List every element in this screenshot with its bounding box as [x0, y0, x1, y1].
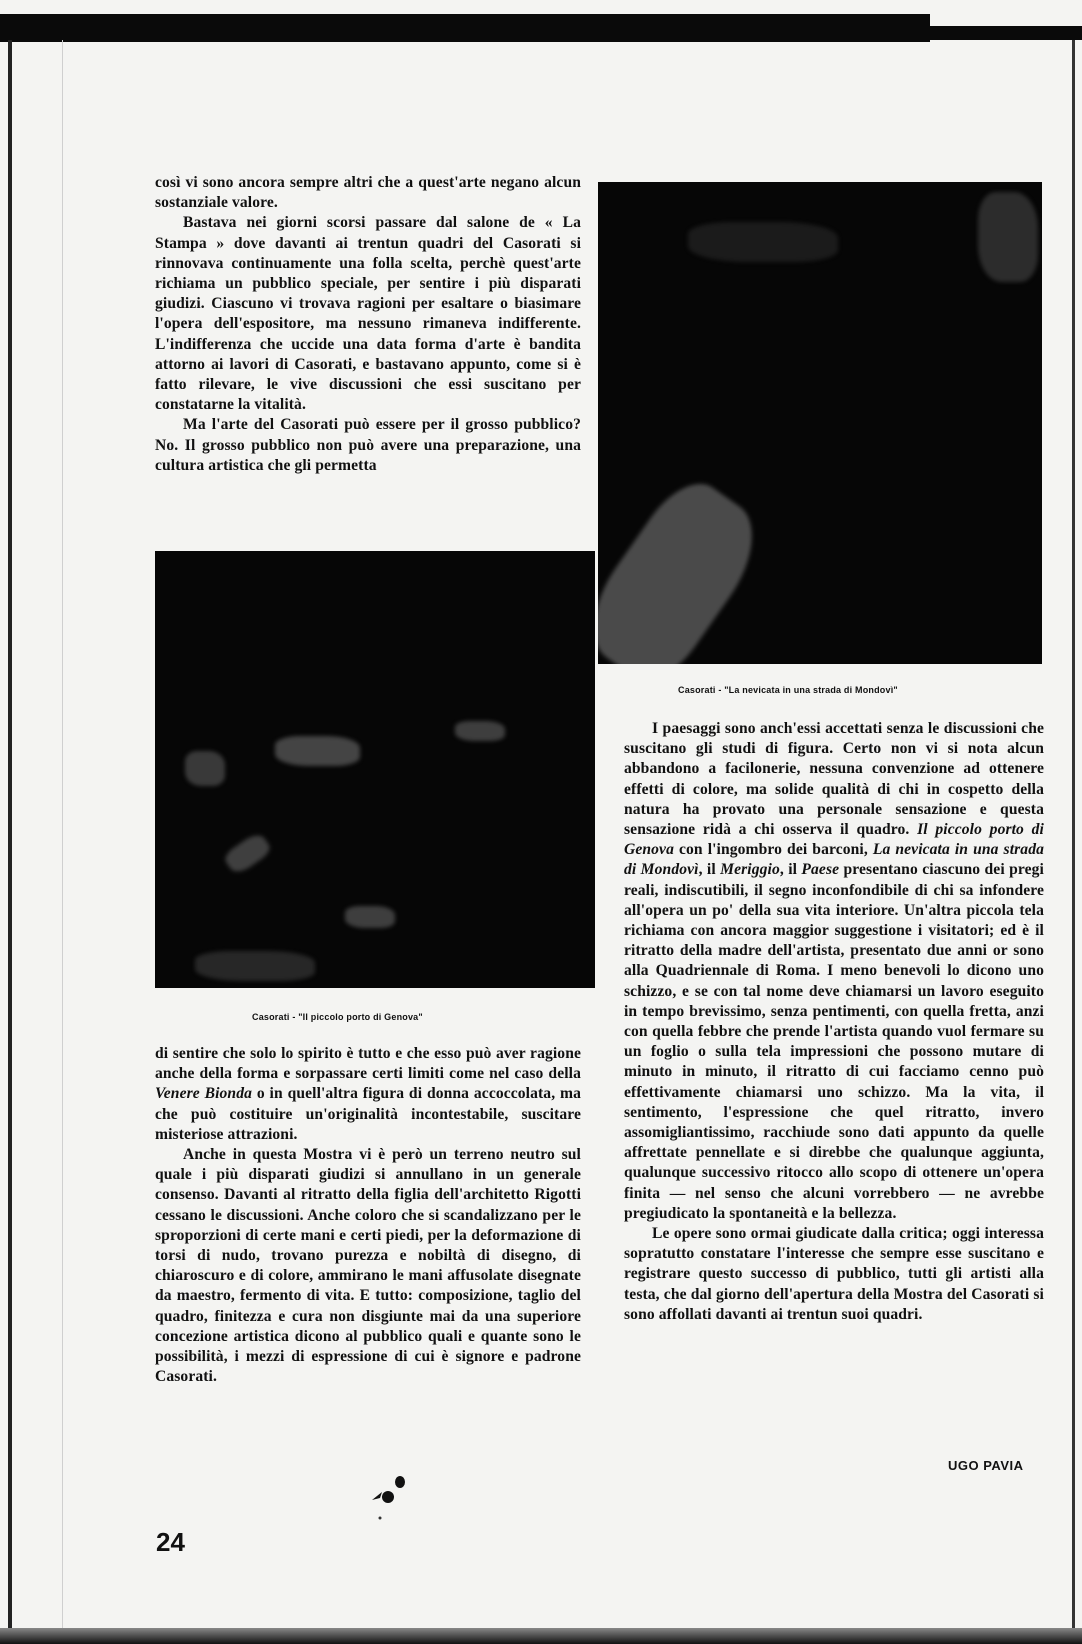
- paragraph: di sentire che solo lo spirito è tutto e…: [155, 1044, 581, 1145]
- ink-smudge-icon: [360, 1470, 420, 1530]
- paragraph: Ma l'arte del Casorati può essere per il…: [155, 415, 581, 476]
- scan-fold-line: [62, 40, 63, 1644]
- figure-caption: Casorati - "La nevicata in una strada di…: [678, 685, 898, 695]
- painting-photo-porto-genova: [155, 551, 595, 988]
- article-column-left-top: così vi sono ancora sempre altri che a q…: [155, 173, 581, 476]
- paragraph: I paesaggi sono anch'essi accettati senz…: [624, 719, 1044, 1224]
- painting-photo-nevicata: [598, 182, 1042, 664]
- paragraph: Le opere sono ormai giudicate dalla crit…: [624, 1224, 1044, 1325]
- article-column-right: I paesaggi sono anch'essi accettati senz…: [624, 719, 1044, 1325]
- artwork-title: Paese: [801, 861, 839, 878]
- author-signature: UGO PAVIA: [948, 1458, 1024, 1473]
- scan-border-bottom: [0, 1628, 1082, 1644]
- scan-border-top: [0, 14, 930, 42]
- paragraph: Anche in questa Mostra vi è però un terr…: [155, 1145, 581, 1387]
- scan-border-top-right: [930, 26, 1082, 40]
- page-number: 24: [156, 1527, 185, 1558]
- scan-border-left: [8, 40, 12, 1644]
- figure-caption: Casorati - "Il piccolo porto di Genova": [252, 1012, 423, 1022]
- paragraph: Bastava nei giorni scorsi passare dal sa…: [155, 213, 581, 415]
- paragraph: così vi sono ancora sempre altri che a q…: [155, 173, 581, 213]
- artwork-title: Meriggio: [720, 861, 780, 878]
- artwork-title: Venere Bionda: [155, 1085, 252, 1102]
- article-column-left-bottom: di sentire che solo lo spirito è tutto e…: [155, 1044, 581, 1387]
- scan-border-right: [1072, 40, 1075, 1644]
